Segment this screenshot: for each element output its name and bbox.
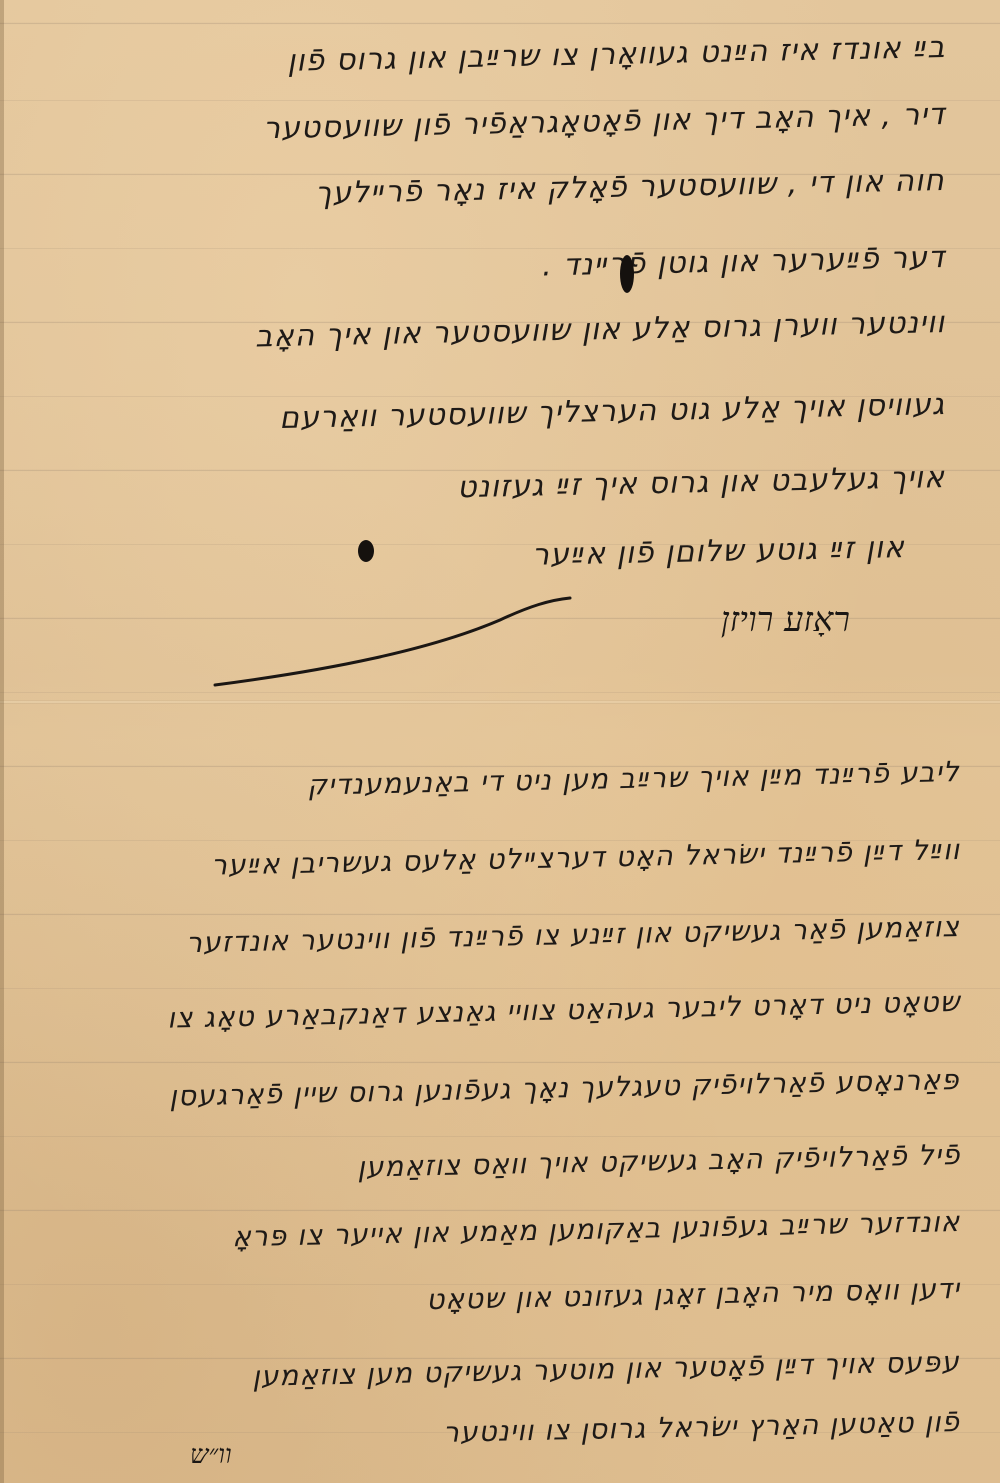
paper-fold-crease <box>0 700 1000 704</box>
handwritten-line: און זײַ גוטע שלוםן פֿון אײַער <box>532 530 906 573</box>
handwritten-line: דיר , איך האָב דיך און פֿאָטאָגראַפֿיר פ… <box>262 97 945 146</box>
paper-left-edge <box>0 0 4 1483</box>
handwritten-line: עפּעס אויך דײַן פֿאָטער און מוטער געשיקט… <box>252 1345 960 1393</box>
closing-mark: וו״ש <box>190 1440 232 1470</box>
handwritten-line: דער פֿײַערער און גוטן פֿרײנד . <box>541 240 945 283</box>
handwritten-line: ידען וואָס מיר האָבן זאָגן געזונט און שט… <box>426 1272 961 1316</box>
ink-blot <box>358 540 374 562</box>
handwritten-line: געוויסן אויך אַלע גוט הערצליך שוועסטער ו… <box>279 387 946 436</box>
ruled-lines <box>0 0 1000 1483</box>
handwritten-line: אונדזער שרײַב געפֿונען באַקומען מאַמע או… <box>232 1205 961 1253</box>
handwritten-line: פֿיל פֿאַרלויפֿיק האָב געשיקט אויך וואַס… <box>356 1138 960 1184</box>
signature: ראָזע רויזן <box>721 600 850 640</box>
handwritten-line: חוה און די , שוועסטער פֿאָלק איז נאָר פֿ… <box>315 163 945 211</box>
handwritten-line: ווײַל דײַן פֿרײַנד ישׂראל האָט דערצײלט א… <box>211 833 961 882</box>
letter-page: בײַ אונדז איז הײַנט געוואָרן צו שרײַבן א… <box>0 0 1000 1483</box>
ink-blot <box>620 255 634 293</box>
handwritten-line: פֿון טאַטען האַרץ ישׂראל גרוסן צו ווינטע… <box>443 1405 961 1449</box>
handwritten-line: אויך געלעבט און גרוס איך זײַ געזונט <box>457 460 946 505</box>
signature-flourish <box>210 570 640 690</box>
handwritten-line: ליבע פֿרײַנד מײַן אויך שרײַב מען ניט די … <box>307 755 960 802</box>
handwritten-line: בײַ אונדז איז הײַנט געוואָרן צו שרײַבן א… <box>286 30 945 79</box>
handwritten-line: ווינטער ווערן גרוס אַלע און שוועסטער און… <box>255 305 946 354</box>
handwritten-line: צוזאַמען פֿאַר געשיקט און זײַנע צו פֿרײַ… <box>186 910 960 959</box>
handwritten-line: שטאָט ניט דאָרט ליבער געהאַט צוויי גאַנצ… <box>166 985 960 1035</box>
handwritten-line: פּאַרנאָסע פֿאַרלויפֿיק טעגלעך נאָך געפֿ… <box>169 1063 960 1113</box>
